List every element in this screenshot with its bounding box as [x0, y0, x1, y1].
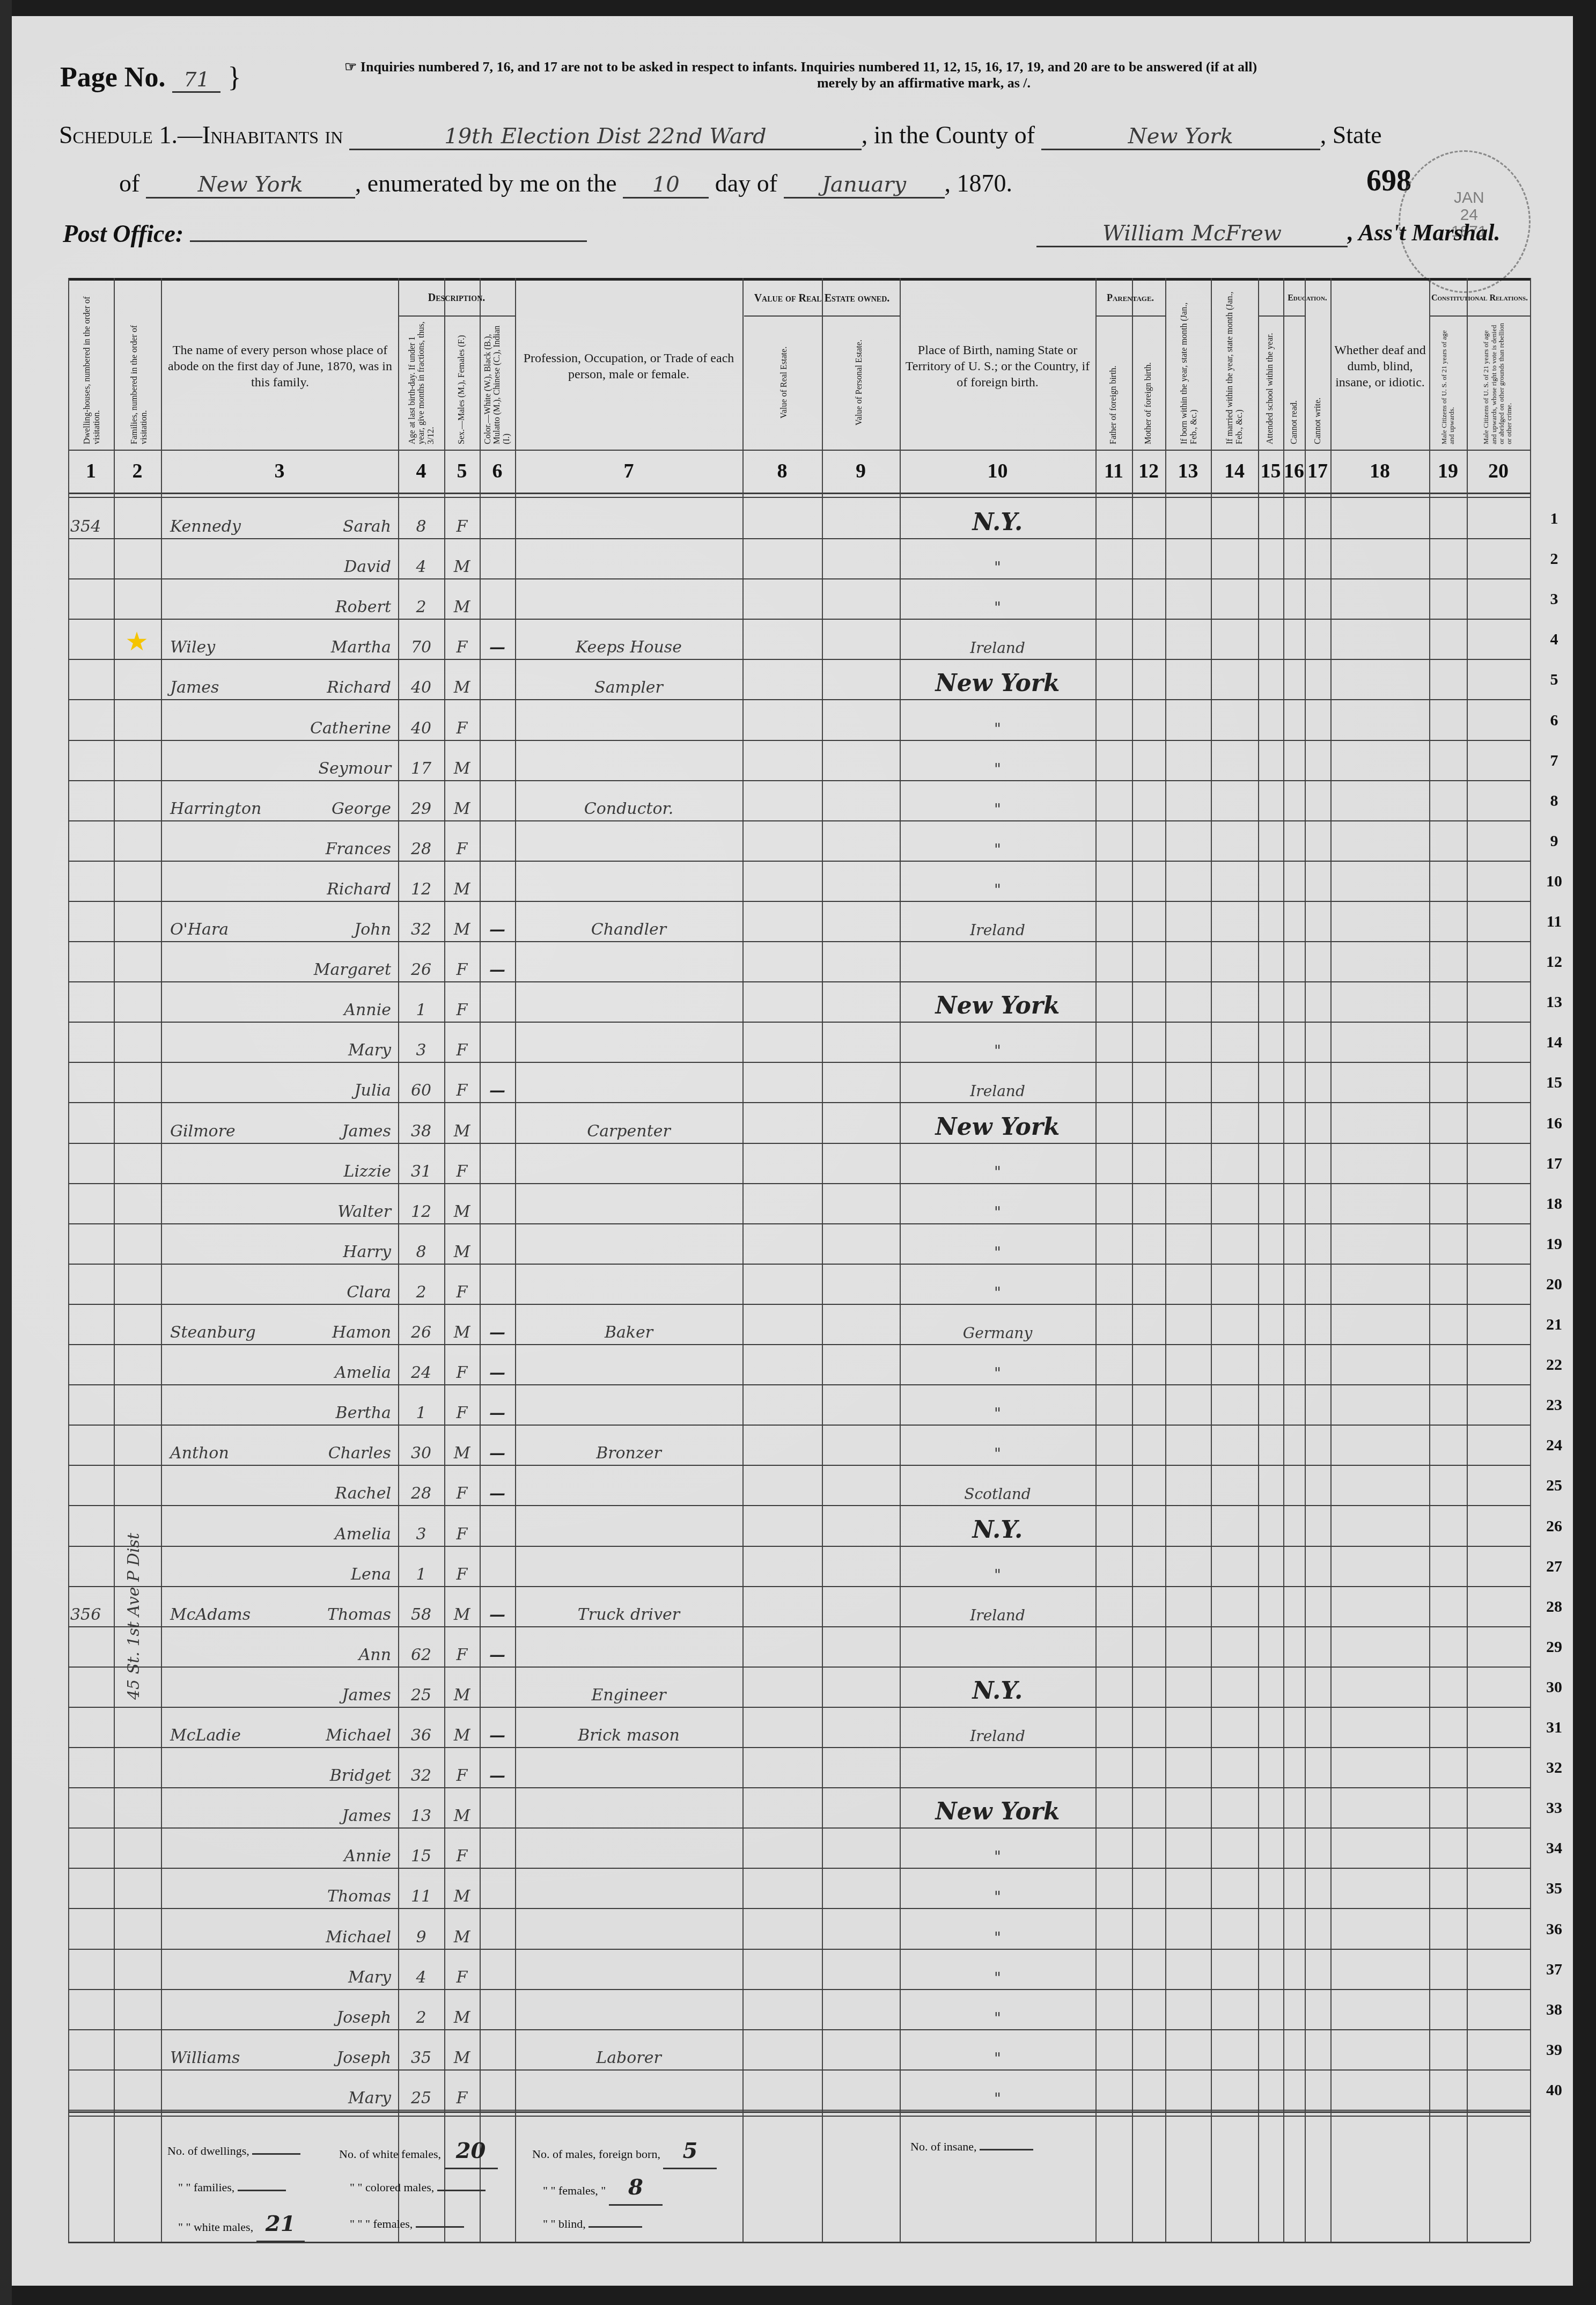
cell-surname: Anthon [170, 1426, 293, 1466]
cell-birthplace [900, 1748, 1095, 1788]
cell-color [480, 1184, 515, 1224]
cell-age: 30 [398, 1426, 444, 1466]
instructions-line-2: merely by an affirmative mark, as /. [344, 75, 1546, 91]
header-sex: Sex.—Males (M.), Females (F.) [446, 321, 477, 444]
cell-sex: M [444, 1990, 480, 2030]
cell-age: 32 [398, 1748, 444, 1788]
cell-age: 24 [398, 1345, 444, 1385]
cell-surname [170, 1023, 293, 1063]
cell-color [480, 1104, 515, 1144]
cell-birthplace: New York [900, 1788, 1095, 1829]
post-office-label: Post Office: [63, 220, 183, 247]
cell-surname [170, 539, 293, 579]
line-number: 21 [1538, 1316, 1570, 1334]
cell-given: Bertha [288, 1385, 395, 1426]
cell-sex: F [444, 1627, 480, 1668]
table-row: Harry8M"19 [68, 1224, 1530, 1265]
county-label: , in the County of [862, 121, 1035, 149]
cell-birthplace: " [900, 1144, 1095, 1184]
header-dwelling-number: Dwelling-houses, numbered in the order o… [73, 294, 111, 444]
cell-surname [170, 701, 293, 741]
cell-sex: F [444, 2071, 480, 2111]
line-number: 3 [1538, 590, 1570, 608]
cell-color [480, 1224, 515, 1265]
cell-sex: F [444, 1829, 480, 1869]
cell-sex: F [444, 1144, 480, 1184]
line-number: 27 [1538, 1558, 1570, 1576]
cell-occupation [515, 499, 742, 539]
cell-sex: F [444, 499, 480, 539]
cell-sex: M [444, 1305, 480, 1345]
cell-age: 15 [398, 1829, 444, 1869]
cell-birthplace: N.Y. [900, 1507, 1095, 1547]
line-number: 31 [1538, 1719, 1570, 1737]
cell-given: Michael [288, 1708, 395, 1748]
cell-given: Annie [288, 1829, 395, 1869]
column-number: 6 [480, 455, 515, 487]
cell-color [480, 1788, 515, 1829]
cell-color [480, 701, 515, 741]
cell-dwelling [70, 741, 113, 781]
cell-given: Joseph [288, 1990, 395, 2030]
cell-age: 8 [398, 499, 444, 539]
cell-surname [170, 821, 293, 862]
table-row: Clara2F"20 [68, 1265, 1530, 1305]
table-row: Mary3F"14 [68, 1023, 1530, 1063]
column-number: 8 [742, 455, 822, 487]
instructions: ☞ Inquiries numbered 7, 16, and 17 are n… [344, 59, 1546, 91]
summary-block: No. of dwellings, No. of white females, … [167, 2134, 811, 2244]
cell-sex: M [444, 1587, 480, 1627]
insane-field: No. of insane, [910, 2140, 1033, 2154]
cell-given: Lizzie [288, 1144, 395, 1184]
cell-occupation [515, 1627, 742, 1668]
cell-sex: F [444, 1466, 480, 1506]
page-no-value: 71 [172, 68, 220, 93]
cell-surname [170, 1788, 293, 1829]
cell-sex: M [444, 1104, 480, 1144]
cell-dwelling [70, 2071, 113, 2111]
cell-surname [170, 982, 293, 1023]
cell-dwelling [70, 1023, 113, 1063]
cell-given: Hamon [288, 1305, 395, 1345]
cell-birthplace: Ireland [900, 1063, 1095, 1103]
insane-label: No. of insane, [910, 2140, 976, 2153]
cell-color [480, 2030, 515, 2071]
cell-sex: F [444, 1950, 480, 1990]
cell-color [480, 821, 515, 862]
table-row: Robert2M"3 [68, 579, 1530, 620]
insane-value [980, 2149, 1033, 2150]
header-real-estate: Value of Real Estate. [749, 321, 819, 444]
cell-color [480, 660, 515, 700]
cell-given: Richard [288, 862, 395, 902]
header-name: The name of every person whose place of … [165, 289, 395, 444]
cell-given: Richard [288, 660, 395, 700]
cell-sex: F [444, 620, 480, 660]
cell-given: Michael [288, 1910, 395, 1950]
line-number: 36 [1538, 1920, 1570, 1939]
cell-dwelling [70, 862, 113, 902]
cell-occupation [515, 1345, 742, 1385]
cell-age: 12 [398, 1184, 444, 1224]
cell-given: Catherine [288, 701, 395, 741]
cell-sex: M [444, 539, 480, 579]
year-value: , 1870. [945, 170, 1013, 197]
cell-given: Walter [288, 1184, 395, 1224]
cell-dwelling [70, 1950, 113, 1990]
cell-surname [170, 1950, 293, 1990]
header-occupation: Profession, Occupation, or Trade of each… [519, 289, 739, 444]
cell-dwelling [70, 1708, 113, 1748]
header-personal-estate: Value of Personal Estate. [825, 321, 894, 444]
post-office-line: Post Office: [63, 219, 587, 248]
cell-sex: F [444, 942, 480, 982]
cell-birthplace: " [900, 539, 1095, 579]
table-row: McLadieMichael36M—Brick masonIreland31 [68, 1708, 1530, 1748]
cell-given: Robert [288, 579, 395, 620]
cell-birthplace: " [900, 1990, 1095, 2030]
cell-given: Bridget [288, 1748, 395, 1788]
cell-age: 1 [398, 1385, 444, 1426]
table-row: Mary4F"37 [68, 1950, 1530, 1990]
cell-surname: McAdams [170, 1587, 293, 1627]
cell-age: 70 [398, 620, 444, 660]
state-value: New York [146, 172, 355, 199]
colored-females-label: " " " females, [350, 2217, 413, 2230]
schedule-line: Schedule 1.—Inhabitants in 19th Election… [59, 121, 1382, 150]
blind-value [589, 2226, 642, 2228]
cell-occupation [515, 982, 742, 1023]
white-females-value: 20 [444, 2134, 498, 2169]
cell-dwelling [70, 902, 113, 942]
cell-age: 4 [398, 539, 444, 579]
header-voting-denied: Male Citizens of U. S. of 21 years of ag… [1468, 321, 1527, 444]
of-label: of [119, 170, 139, 197]
table-row: David4M"2 [68, 539, 1530, 579]
cell-birthplace: " [900, 1950, 1095, 1990]
line-number: 26 [1538, 1517, 1570, 1536]
enumerated-label: , enumerated by me on the [355, 170, 617, 197]
cell-birthplace: Scotland [900, 1466, 1095, 1506]
cell-age: 8 [398, 1224, 444, 1265]
line-number: 7 [1538, 752, 1570, 770]
cell-color [480, 1144, 515, 1184]
header-male-citizens: Male Citizens of U. S. of 21 years of ag… [1431, 321, 1465, 444]
cell-occupation: Keeps House [515, 620, 742, 660]
marshal-label: , Ass't Marshal. [1348, 219, 1500, 246]
cell-sex: F [444, 1748, 480, 1788]
cell-occupation [515, 862, 742, 902]
cell-dwelling [70, 1466, 113, 1506]
county-value: New York [1041, 124, 1320, 150]
cell-surname [170, 1990, 293, 2030]
cell-age: 28 [398, 1466, 444, 1506]
line-number: 19 [1538, 1235, 1570, 1253]
table-row: Joseph2M"38 [68, 1990, 1530, 2030]
cell-occupation [515, 1265, 742, 1305]
cell-color [480, 2071, 515, 2111]
cell-occupation [515, 942, 742, 982]
cell-given: Annie [288, 982, 395, 1023]
star-icon[interactable]: ★ [115, 620, 158, 660]
schedule-label: Schedule 1.—Inhabitants in [59, 121, 343, 149]
table-row: Frances28F"9 [68, 821, 1530, 862]
cell-surname [170, 1829, 293, 1869]
cell-surname [170, 1345, 293, 1385]
cell-birthplace: " [900, 1023, 1095, 1063]
cell-surname: McLadie [170, 1708, 293, 1748]
cell-surname [170, 1063, 293, 1103]
cell-dwelling [70, 1547, 113, 1587]
cell-color: — [480, 1466, 515, 1506]
cell-dwelling [70, 2030, 113, 2071]
cell-color [480, 1547, 515, 1587]
cell-given: Ann [288, 1627, 395, 1668]
white-males-value: 21 [256, 2207, 305, 2242]
line-number: 1 [1538, 510, 1570, 528]
cell-sex: M [444, 862, 480, 902]
cell-given: Mary [288, 2071, 395, 2111]
cell-dwelling [70, 1788, 113, 1829]
line-number: 6 [1538, 711, 1570, 730]
cell-given: Seymour [288, 741, 395, 781]
day-of-label: day of [715, 170, 777, 197]
cell-occupation: Laborer [515, 2030, 742, 2071]
cell-given: Joseph [288, 2030, 395, 2071]
cell-surname: Kennedy [170, 499, 293, 539]
cell-dwelling [70, 781, 113, 821]
line-number: 40 [1538, 2081, 1570, 2100]
cell-given: Thomas [288, 1587, 395, 1627]
cell-surname [170, 1869, 293, 1909]
cell-birthplace: " [900, 741, 1095, 781]
cell-sex: M [444, 1708, 480, 1748]
cell-age: 17 [398, 741, 444, 781]
colored-males-label: " " colored males, [350, 2181, 434, 2194]
cell-color [480, 1265, 515, 1305]
cell-given: Margaret [288, 942, 395, 982]
table-row: Bertha1F—"23 [68, 1385, 1530, 1426]
cell-sex: M [444, 1184, 480, 1224]
cell-age: 58 [398, 1587, 444, 1627]
cell-color [480, 539, 515, 579]
cell-birthplace: N.Y. [900, 499, 1095, 539]
column-number: 14 [1211, 455, 1258, 487]
dwellings-value [252, 2153, 300, 2155]
header-parentage-group: Parentage. [1095, 283, 1165, 313]
line-number: 17 [1538, 1155, 1570, 1173]
cell-surname: Wiley [170, 620, 293, 660]
white-males-label: " " white males, [178, 2220, 253, 2234]
cell-dwelling [70, 1063, 113, 1103]
cell-age: 2 [398, 1265, 444, 1305]
line-number: 14 [1538, 1033, 1570, 1052]
cell-dwelling [70, 982, 113, 1023]
cell-occupation [515, 1063, 742, 1103]
cell-age: 13 [398, 1788, 444, 1829]
header-born-within-year: If born within the year, state month (Ja… [1168, 289, 1211, 444]
cell-dwelling [70, 1829, 113, 1869]
cell-sex: F [444, 1063, 480, 1103]
line-number: 11 [1538, 913, 1570, 931]
white-females-label: No. of white females, [339, 2147, 441, 2161]
cell-age: 3 [398, 1507, 444, 1547]
cell-surname [170, 1224, 293, 1265]
column-number: 18 [1330, 455, 1429, 487]
cell-dwelling [70, 1748, 113, 1788]
cell-surname: James [170, 660, 293, 700]
cell-occupation: Conductor. [515, 781, 742, 821]
cell-occupation [515, 1547, 742, 1587]
cell-birthplace: " [900, 821, 1095, 862]
cell-age: 2 [398, 1990, 444, 2030]
cell-birthplace: " [900, 1345, 1095, 1385]
cell-dwelling [70, 1265, 113, 1305]
table-row: Lizzie31F"17 [68, 1144, 1530, 1184]
cell-age: 29 [398, 781, 444, 821]
marshal-line: William McFrew, Ass't Marshal. [1036, 219, 1500, 247]
line-number: 35 [1538, 1880, 1570, 1898]
cell-birthplace: Germany [900, 1305, 1095, 1345]
header-cannot-write: Cannot write. [1307, 321, 1329, 444]
cell-sex: F [444, 1265, 480, 1305]
table-row: WilliamsJoseph35MLaborer"39 [68, 2030, 1530, 2071]
cell-age: 35 [398, 2030, 444, 2071]
cell-surname [170, 2071, 293, 2111]
day-value: 10 [623, 172, 709, 199]
cell-given: Amelia [288, 1345, 395, 1385]
column-number: 4 [398, 455, 444, 487]
cell-occupation [515, 1224, 742, 1265]
header-color: Color.—White (W.), Black (B.), Mulatto (… [481, 321, 513, 444]
cell-color: — [480, 1587, 515, 1627]
table-row: Michael9M"36 [68, 1910, 1530, 1950]
table-row: JamesRichard40MSamplerNew York5 [68, 660, 1530, 700]
line-number: 8 [1538, 792, 1570, 810]
cell-dwelling [70, 1426, 113, 1466]
post-office-value [190, 219, 587, 242]
cell-sex: M [444, 660, 480, 700]
cell-age: 1 [398, 1547, 444, 1587]
line-number: 22 [1538, 1356, 1570, 1374]
cell-given: Clara [288, 1265, 395, 1305]
cell-dwelling [70, 701, 113, 741]
cell-dwelling [70, 1104, 113, 1144]
cell-birthplace: Ireland [900, 620, 1095, 660]
cell-sex: M [444, 741, 480, 781]
families-label: " " families, [178, 2181, 234, 2194]
column-number: 7 [515, 455, 742, 487]
table-row: Catherine40F"6 [68, 701, 1530, 741]
cell-sex: F [444, 982, 480, 1023]
header-family-number: Families, numbered in the order of visit… [119, 294, 159, 444]
cell-birthplace: " [900, 2071, 1095, 2111]
cell-color [480, 1507, 515, 1547]
foreign-females-label: " " females, " [543, 2184, 606, 2197]
cell-sex: M [444, 1224, 480, 1265]
cell-birthplace: " [900, 1265, 1095, 1305]
line-number: 5 [1538, 671, 1570, 689]
cell-color: — [480, 1063, 515, 1103]
line-number: 18 [1538, 1195, 1570, 1213]
cell-age: 2 [398, 579, 444, 620]
header-cannot-read: Cannot read. [1285, 321, 1304, 444]
table-row: Margaret26F—12 [68, 942, 1530, 982]
cell-sex: M [444, 1668, 480, 1708]
cell-dwelling [70, 1224, 113, 1265]
cell-occupation: Sampler [515, 660, 742, 700]
cell-age: 32 [398, 902, 444, 942]
cell-surname [170, 741, 293, 781]
inhabitants-in-value: 19th Election Dist 22nd Ward [349, 124, 862, 150]
cell-given: James [288, 1788, 395, 1829]
line-number: 13 [1538, 993, 1570, 1011]
table-row: James13MNew York33 [68, 1788, 1530, 1829]
cell-birthplace: " [900, 2030, 1095, 2071]
cell-color [480, 781, 515, 821]
cell-birthplace: " [900, 1426, 1095, 1466]
cell-color: — [480, 1627, 515, 1668]
header-age: Age at last birth-day. If under 1 year, … [401, 321, 443, 444]
cell-color [480, 1829, 515, 1869]
cell-age: 31 [398, 1144, 444, 1184]
cell-dwelling [70, 1507, 113, 1547]
cell-age: 11 [398, 1869, 444, 1909]
page-no-label: Page No. [60, 62, 165, 93]
cell-dwelling [70, 579, 113, 620]
cell-occupation [515, 1788, 742, 1829]
cell-birthplace: New York [900, 660, 1095, 700]
line-number: 33 [1538, 1799, 1570, 1817]
table-row: Annie15F"34 [68, 1829, 1530, 1869]
cell-dwelling: 356 [70, 1587, 113, 1627]
line-number: 29 [1538, 1638, 1570, 1656]
cell-given: James [288, 1104, 395, 1144]
line-number: 10 [1538, 872, 1570, 891]
cell-dwelling [70, 660, 113, 700]
header-mother-foreign: Mother of foreign birth. [1133, 321, 1164, 444]
cell-dwelling [70, 1184, 113, 1224]
column-number: 13 [1165, 455, 1211, 487]
cell-color: — [480, 1748, 515, 1788]
cell-birthplace: " [900, 1547, 1095, 1587]
table-row: Walter12M"18 [68, 1184, 1530, 1224]
cell-occupation: Chandler [515, 902, 742, 942]
column-number: 11 [1095, 455, 1132, 487]
cell-color [480, 982, 515, 1023]
cell-occupation [515, 1990, 742, 2030]
table-row: Thomas11M"35 [68, 1869, 1530, 1909]
table-row: James25MEngineerN.Y.30 [68, 1668, 1530, 1708]
table-row: Rachel28F—Scotland25 [68, 1466, 1530, 1506]
cell-dwelling [70, 1345, 113, 1385]
table-row: O'HaraJohn32M—ChandlerIreland11 [68, 902, 1530, 942]
cell-surname: Harrington [170, 781, 293, 821]
column-number: 9 [822, 455, 900, 487]
cell-given: Mary [288, 1950, 395, 1990]
table-row: 356McAdamsThomas58M—Truck driverIreland2… [68, 1587, 1530, 1627]
dwellings-label: No. of dwellings, [167, 2144, 249, 2157]
table-row: Lena1F"27 [68, 1547, 1530, 1587]
cell-surname [170, 1910, 293, 1950]
cell-occupation [515, 701, 742, 741]
cell-surname: O'Hara [170, 902, 293, 942]
column-number: 12 [1132, 455, 1165, 487]
line-number: 25 [1538, 1477, 1570, 1495]
header-description-group: Description. [398, 283, 515, 313]
cell-color [480, 1023, 515, 1063]
